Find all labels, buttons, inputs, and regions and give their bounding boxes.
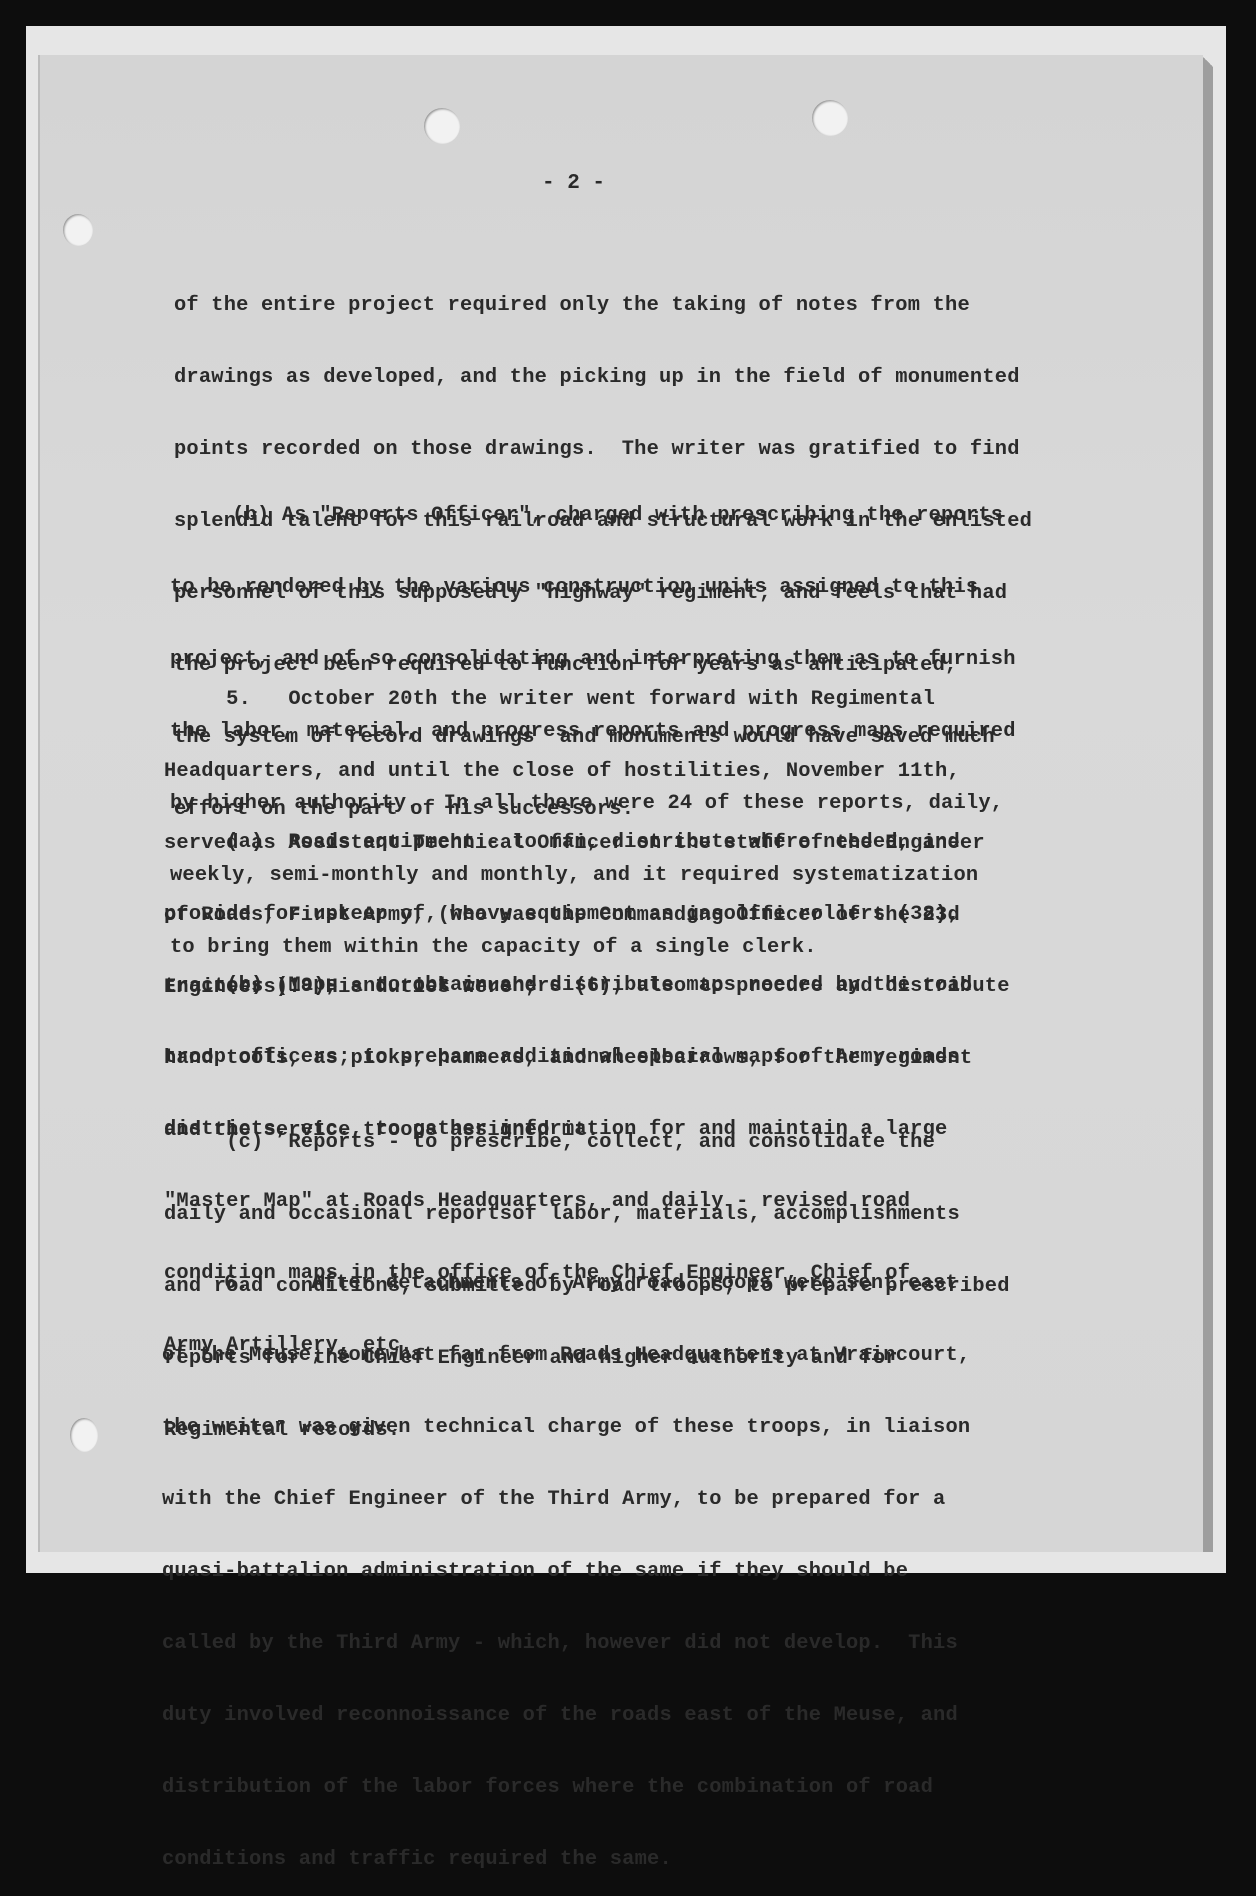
text-line: troop officers; to prepare additional sp… <box>164 1046 972 1070</box>
text-line: provide for upkeep of, heavy equipment a… <box>164 903 1010 927</box>
text-line: (b) As "Reports Officer", charged with p… <box>170 504 1016 528</box>
text-line: (c) Reports - to prescribe, collect, and… <box>164 1131 1010 1155</box>
paragraph-item-6: 6. After detachments of Army road troops… <box>162 1224 970 1600</box>
text-line: of the Meuse, somewhat far from Roads He… <box>162 1344 970 1368</box>
text-line: to be rendered by the various constructi… <box>170 576 1016 600</box>
punch-hole <box>70 1418 98 1452</box>
text-line: (b) Maps - to obtain and distribute maps… <box>164 974 972 998</box>
punch-hole <box>63 214 93 246</box>
punch-hole <box>812 100 848 136</box>
text-line: 6. After detachments of Army road troops… <box>162 1272 970 1296</box>
text-line: quasi-battalion administration of the sa… <box>162 1560 970 1584</box>
text-line: of the entire project required only the … <box>174 294 1032 318</box>
text-line: (a) Roads equipment - to man, distribute… <box>164 831 1010 855</box>
punch-hole <box>424 108 460 144</box>
text-line: with the Chief Engineer of the Third Arm… <box>162 1488 970 1512</box>
text-line: drawings as developed, and the picking u… <box>174 366 1032 390</box>
text-line: Headquarters, and until the close of hos… <box>164 760 985 784</box>
text-line: the writer was given technical charge of… <box>162 1416 970 1440</box>
text-line: 5. October 20th the writer went forward … <box>164 688 985 712</box>
page-number: - 2 - <box>542 172 605 195</box>
